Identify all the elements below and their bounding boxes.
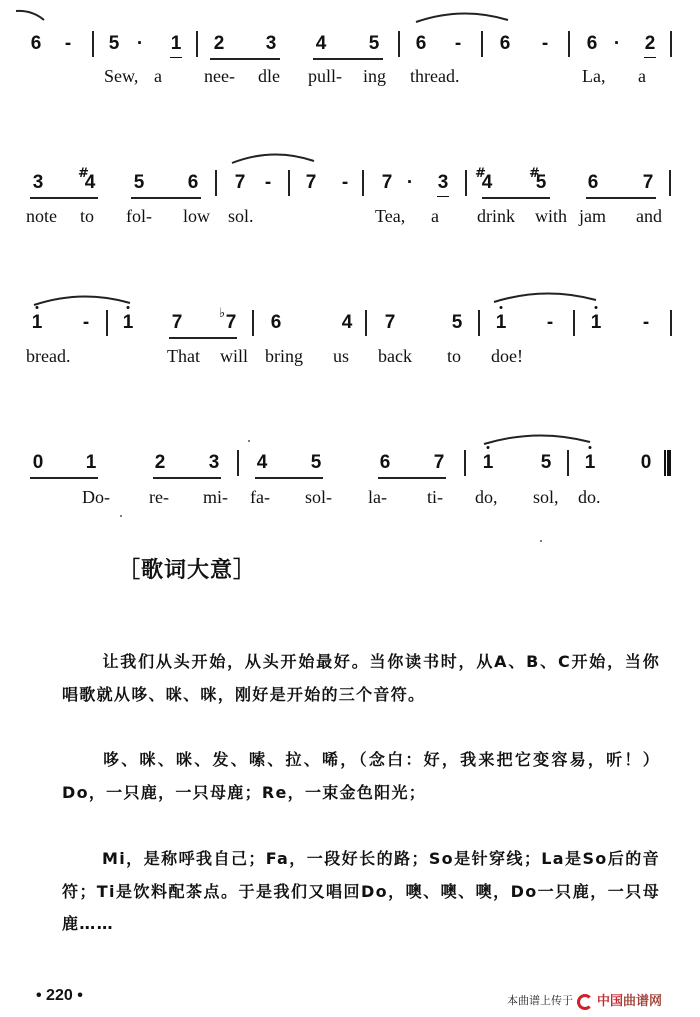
note: 1 [168, 34, 184, 54]
note: #4 [479, 173, 495, 193]
notation-row-3: 1 - 1 7 ♭7 6 4 7 5 1 - 1 - bread. That w… [0, 280, 700, 400]
note-high: 1 [29, 313, 45, 333]
paragraph-2: 哆、咪、咪、发、嗦、拉、唏，（念白：好，我来把它变容易，听！）Do，一只鹿，一只… [62, 744, 660, 809]
lyric: with [535, 206, 567, 226]
barline [464, 450, 466, 476]
note: 6 [585, 173, 601, 193]
lyric: pull- [308, 66, 342, 86]
lyric: to [447, 346, 461, 366]
dash: - [260, 173, 276, 193]
lyric: to [80, 206, 94, 226]
lyric: doe! [491, 346, 523, 366]
dot: · [132, 34, 148, 54]
underline [313, 58, 383, 60]
dot: · [609, 34, 625, 54]
note: 7 [232, 173, 248, 193]
barline [215, 170, 217, 196]
note: 6 [584, 34, 600, 54]
barline [365, 310, 367, 336]
watermark-text: 本曲谱上传于 [507, 992, 573, 1008]
lyric: will [220, 346, 248, 366]
flat-sign: ♭ [219, 304, 225, 324]
watermark-brand: 中国 [597, 990, 623, 1009]
tie [30, 291, 134, 307]
lyric: low [183, 206, 210, 226]
scan-speck [540, 540, 542, 542]
scan-speck [120, 515, 122, 517]
lyric: mi- [203, 487, 228, 507]
barline [567, 450, 569, 476]
note: ♭7 [223, 313, 239, 333]
scan-speck [248, 440, 250, 442]
underline [30, 197, 98, 199]
note: 6 [497, 34, 513, 54]
note: 3 [206, 453, 222, 473]
note: 5 [131, 173, 147, 193]
note: 7 [303, 173, 319, 193]
lyric: dle [258, 66, 280, 86]
note: 5 [308, 453, 324, 473]
site-logo-icon [577, 993, 593, 1007]
slur-tail [14, 8, 46, 22]
notation-row-4: 0 1 2 3 4 5 6 7 1 5 1 0 Do- re- mi- fa- … [0, 420, 700, 540]
note: 7 [640, 173, 656, 193]
note: 7 [382, 313, 398, 333]
barline [573, 310, 575, 336]
tie [490, 288, 600, 304]
note: 4 [313, 34, 329, 54]
lyric: a [638, 66, 646, 86]
lyric: re- [149, 487, 169, 507]
barline [478, 310, 480, 336]
note: 6 [413, 34, 429, 54]
sharp-sign: # [475, 164, 486, 184]
barline [92, 31, 94, 57]
lyric: back [378, 346, 412, 366]
barline [106, 310, 108, 336]
lyric: fa- [250, 487, 270, 507]
lyric: Do- [82, 487, 110, 507]
lyric: thread. [410, 66, 459, 86]
note: #5 [533, 173, 549, 193]
note-high: 1 [493, 313, 509, 333]
dash: - [78, 313, 94, 333]
barline [670, 31, 672, 57]
tie [480, 430, 594, 446]
underline [482, 197, 550, 199]
underline [255, 477, 323, 479]
lyric: bread. [26, 346, 70, 366]
underline [169, 337, 237, 339]
underline [131, 197, 201, 199]
note: 5 [538, 453, 554, 473]
note-high: 1 [582, 453, 598, 473]
note: 7 [169, 313, 185, 333]
lyric: drink [477, 206, 515, 226]
notation-row-2: 3 #4 5 6 7 - 7 - 7 · 3 #4 #5 6 7 note to… [0, 140, 700, 260]
note: 2 [211, 34, 227, 54]
lyric: Tea, [375, 206, 405, 226]
tie [412, 8, 512, 24]
note: 2 [642, 34, 658, 54]
dash: - [450, 34, 466, 54]
tie [228, 149, 318, 165]
note: 0 [30, 453, 46, 473]
dash: - [337, 173, 353, 193]
note: 2 [152, 453, 168, 473]
section-heading: ［歌词大意］ [118, 553, 256, 584]
note: 6 [185, 173, 201, 193]
lyric: us [333, 346, 349, 366]
note: 4 [254, 453, 270, 473]
sharp-sign: # [529, 164, 540, 184]
sharp-sign: # [78, 164, 89, 184]
note-high: 1 [588, 313, 604, 333]
dash: - [60, 34, 76, 54]
lyric: fol- [126, 206, 152, 226]
lyric: ing [363, 66, 386, 86]
note: 6 [28, 34, 44, 54]
lyric: That [167, 346, 200, 366]
note: 5 [366, 34, 382, 54]
page-number: • 220 • [36, 987, 83, 1005]
note-high: 1 [120, 313, 136, 333]
barline [288, 170, 290, 196]
lyric: La, [582, 66, 605, 86]
lyric: and [636, 206, 662, 226]
note: 7 [379, 173, 395, 193]
dash: - [542, 313, 558, 333]
notation-row-1: 6 - 5 · 1 2 3 4 5 6 - 6 - 6 · 2 Sew, a n… [0, 0, 700, 120]
lyric: Sew, [104, 66, 138, 86]
underline [586, 197, 656, 199]
note: 3 [435, 173, 451, 193]
underline [378, 477, 446, 479]
barline [669, 170, 671, 196]
final-barline [664, 450, 671, 476]
lyric: ti- [427, 487, 443, 507]
watermark-brand-2: 曲谱网 [623, 990, 662, 1009]
note: 1 [83, 453, 99, 473]
note: 5 [106, 34, 122, 54]
underline [153, 477, 221, 479]
barline [252, 310, 254, 336]
note: 5 [449, 313, 465, 333]
barline [568, 31, 570, 57]
dash: - [537, 34, 553, 54]
lyric: nee- [204, 66, 235, 86]
barline [196, 31, 198, 57]
paragraph-3: Mi，是称呼我自己；Fa，一段好长的路；So是针穿线；La是So后的音符；Ti是… [62, 843, 660, 941]
dash: - [638, 313, 654, 333]
lyric: a [431, 206, 439, 226]
lyric: la- [368, 487, 387, 507]
lyric: sol, [533, 487, 559, 507]
note: #4 [82, 173, 98, 193]
note-high: 1 [480, 453, 496, 473]
note: 7 [431, 453, 447, 473]
note: 6 [268, 313, 284, 333]
barline [237, 450, 239, 476]
underline [210, 58, 280, 60]
note: 6 [377, 453, 393, 473]
lyric: jam [579, 206, 606, 226]
note: 0 [638, 453, 654, 473]
note: 4 [339, 313, 355, 333]
lyric: a [154, 66, 162, 86]
dot: · [402, 173, 418, 193]
lyric: bring [265, 346, 303, 366]
note: 3 [30, 173, 46, 193]
note: 3 [263, 34, 279, 54]
lyric: sol. [228, 206, 254, 226]
barline [670, 310, 672, 336]
barline [398, 31, 400, 57]
barline [481, 31, 483, 57]
lyric: sol- [305, 487, 332, 507]
underline [30, 477, 98, 479]
lyric: note [26, 206, 57, 226]
watermark: 本曲谱上传于 中国曲谱网 [507, 990, 662, 1009]
lyric: do, [475, 487, 498, 507]
barline [362, 170, 364, 196]
paragraph-1: 让我们从头开始，从头开始最好。当你读书时，从A、B、C开始，当你唱歌就从哆、咪、… [62, 646, 660, 711]
lyric: do. [578, 487, 601, 507]
barline [465, 170, 467, 196]
